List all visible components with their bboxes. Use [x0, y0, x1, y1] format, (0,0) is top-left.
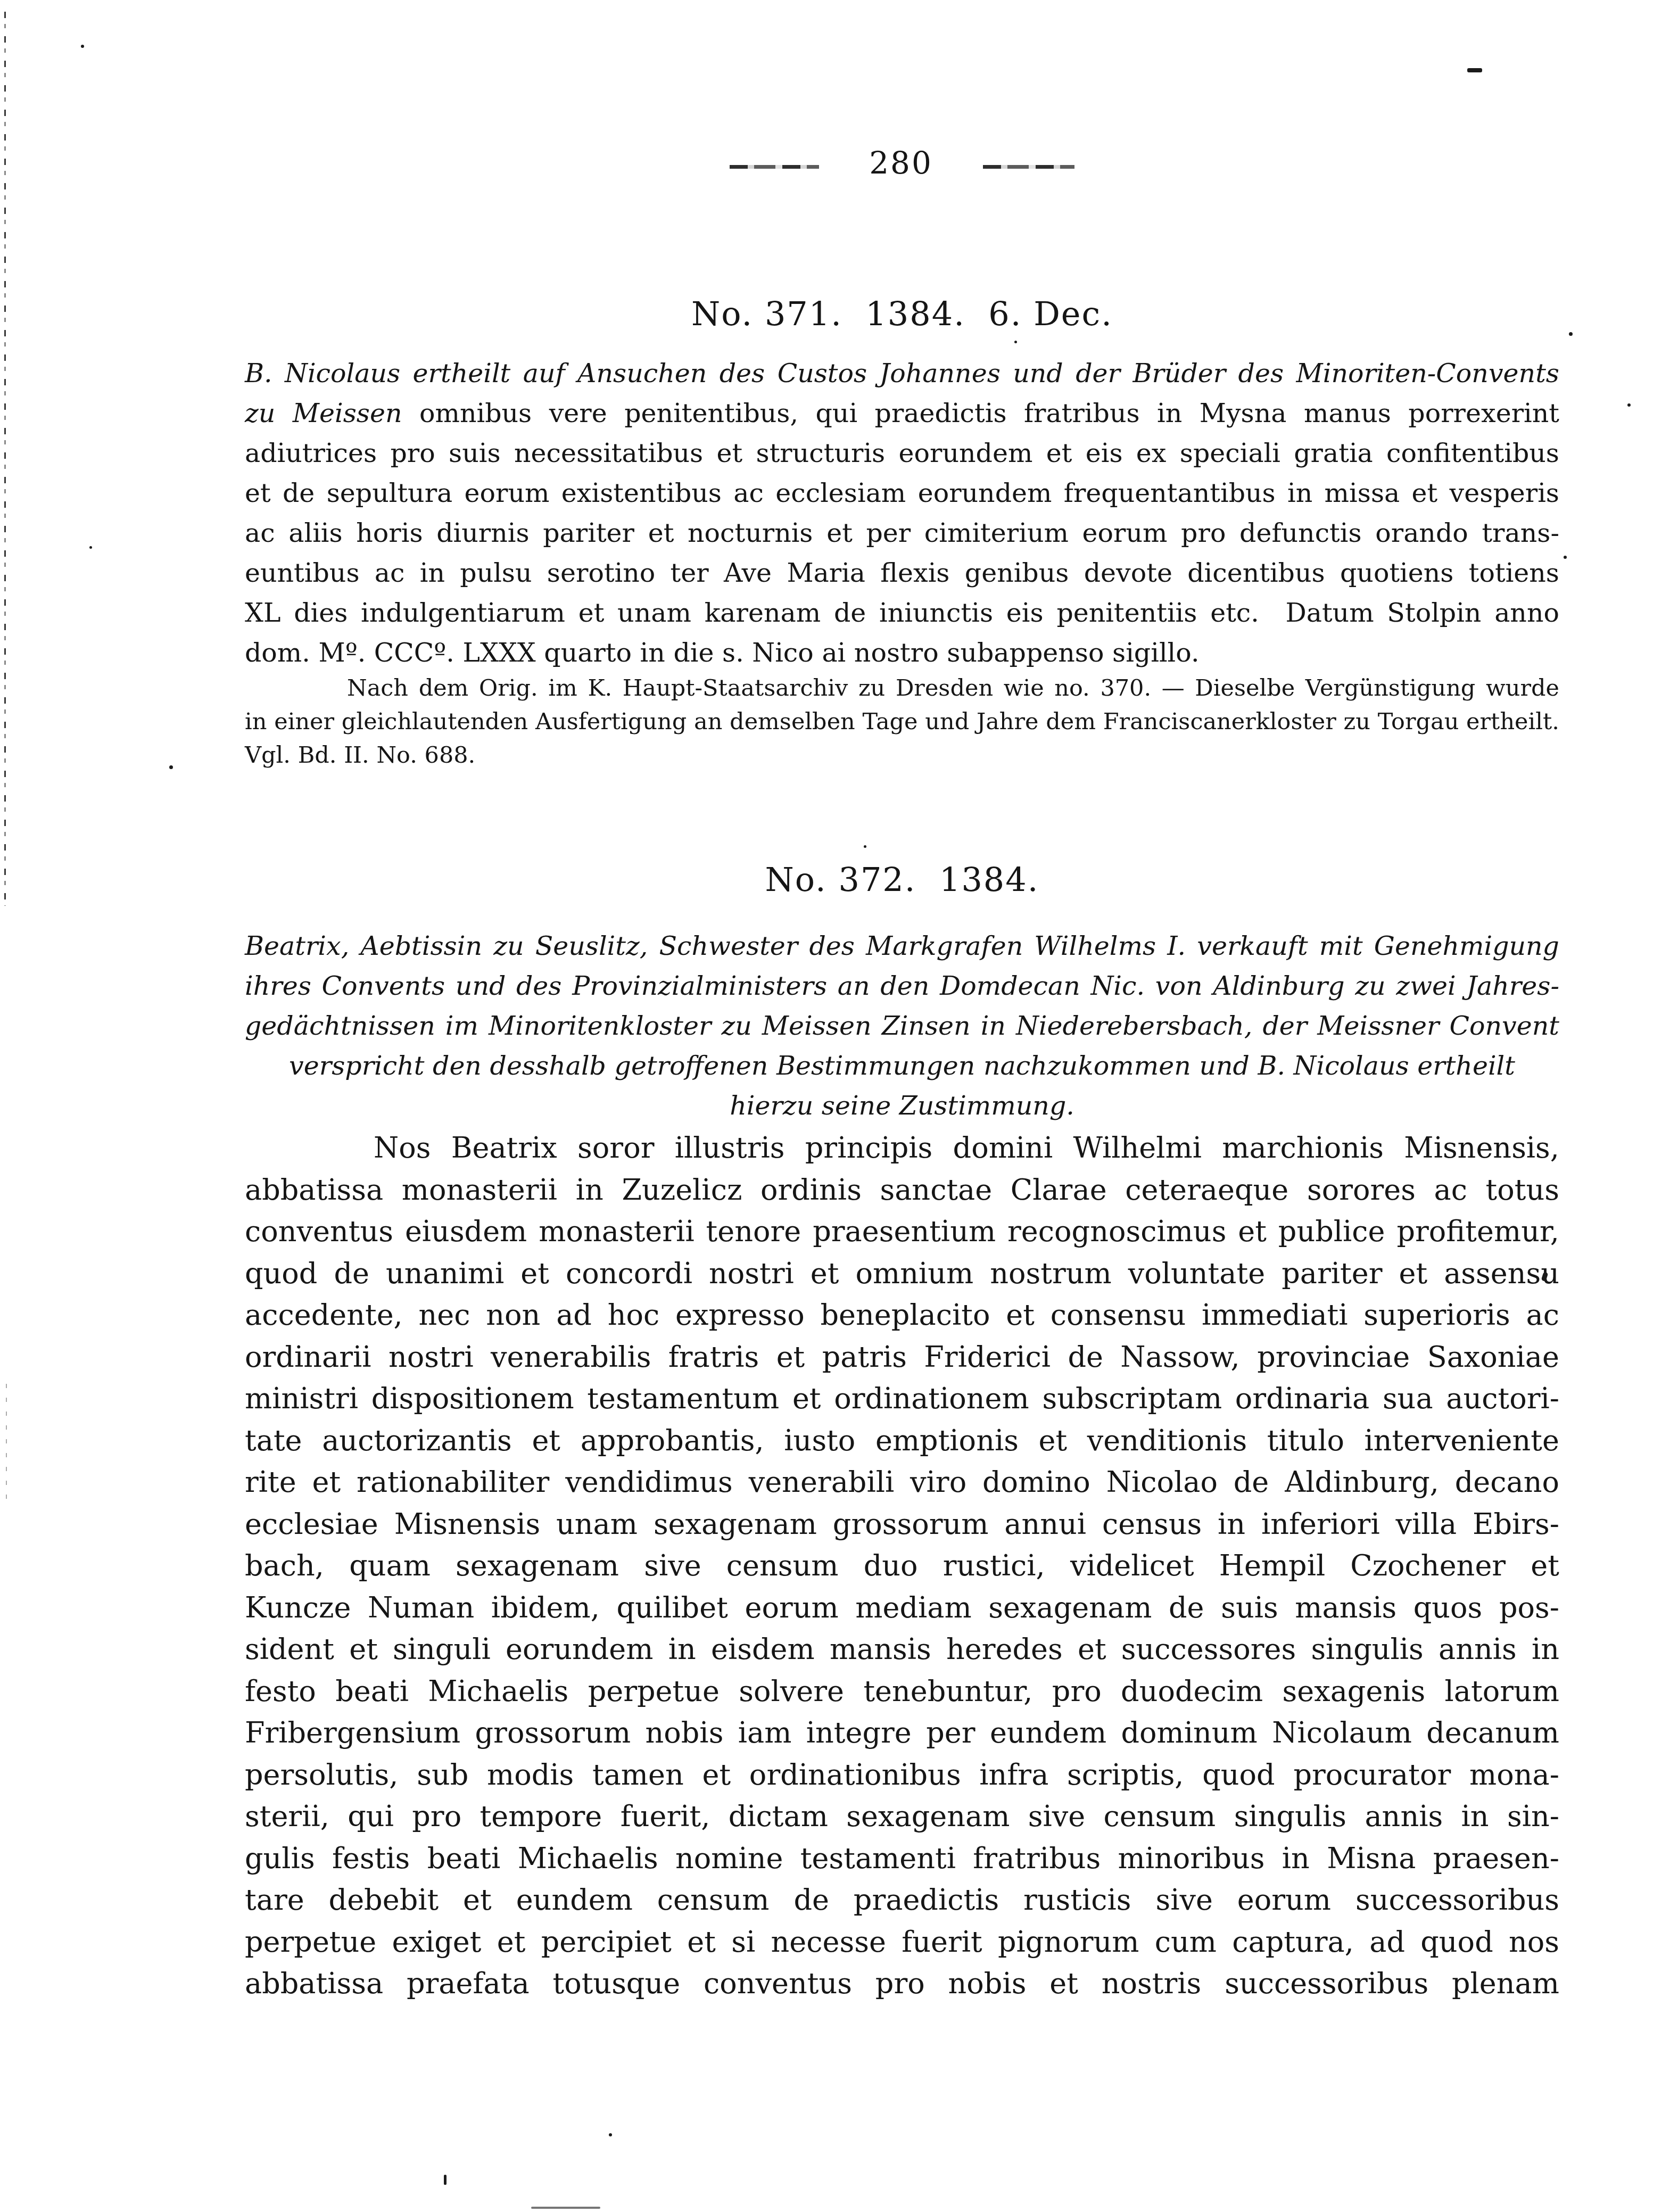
text-line: conventus eiusdem monasterii tenore prae…	[245, 1211, 1559, 1253]
text-line: B. Nicolaus ertheilt auf Ansuchen des Cu…	[245, 353, 1559, 393]
header-rule-left	[730, 165, 819, 169]
entry-371-source-note: Nach dem Orig. im K. Haupt-Staatsarchiv …	[245, 672, 1559, 772]
scan-edge-streak	[4, 12, 6, 906]
italic-segment: B. Nicolaus ertheilt auf Ansuchen des Cu…	[245, 358, 1559, 389]
text-line: sident et singuli eorundem in eisdem man…	[245, 1629, 1559, 1671]
entry-371-summary: B. Nicolaus ertheilt auf Ansuchen des Cu…	[245, 353, 1559, 673]
roman-segment: omnibus vere penitentibus, qui praedicti…	[419, 398, 1559, 428]
text-line: verspricht den desshalb getroffenen Best…	[245, 1046, 1559, 1086]
text-line: tare debebit et eundem censum de praedic…	[245, 1879, 1559, 1921]
text-line: gulis festis beati Michaelis nomine test…	[245, 1838, 1559, 1880]
text-line: ecclesiae Misnensis unam sexagenam gross…	[245, 1504, 1559, 1546]
text-line: sterii, qui pro tempore fuerit, dictam s…	[245, 1796, 1559, 1838]
scanned-book-page: 280 No. 371. 1384. 6. Dec. B. Nicolaus e…	[0, 0, 1670, 2212]
entry-372-summary: Beatrix, Aebtissin zu Seuslitz, Schweste…	[245, 926, 1559, 1126]
text-line: perpetue exiget et percipiet et si neces…	[245, 1921, 1559, 1963]
text-line: quod de unanimi et concordi nostri et om…	[245, 1253, 1559, 1295]
text-line: abbatissa praefata totusque conventus pr…	[245, 1963, 1559, 2005]
text-line: accedente, nec non ad hoc expresso benep…	[245, 1294, 1559, 1336]
text-line: ordinarii nostri venerabilis fratris et …	[245, 1336, 1559, 1379]
text-line: in einer gleichlautenden Ausfertigung an…	[245, 705, 1559, 739]
text-line: bach, quam sexagenam sive censum duo rus…	[245, 1545, 1559, 1587]
text-line: ihres Convents und des Provinzialministe…	[245, 966, 1559, 1006]
scan-speck	[609, 2133, 612, 2136]
text-line: et de sepultura eorum existentibus ac ec…	[245, 473, 1559, 513]
text-line: Kuncze Numan ibidem, quilibet eorum medi…	[245, 1587, 1559, 1629]
text-line: abbatissa monasterii in Zuzelicz ordinis…	[245, 1169, 1559, 1211]
text-line: ministri dispositionem testamentum et or…	[245, 1378, 1559, 1420]
scan-edge-streak	[6, 1384, 7, 1506]
scan-speck	[531, 2207, 600, 2209]
scan-speck	[864, 845, 866, 848]
text-line: persolutis, sub modis tamen et ordinatio…	[245, 1754, 1559, 1796]
header-rule-right	[983, 165, 1074, 169]
entry-372-charter-text: Nos Beatrix soror illustris principis do…	[245, 1127, 1559, 2005]
text-line: zu Meissen omnibus vere penitentibus, qu…	[245, 393, 1559, 433]
scan-speck	[444, 2175, 447, 2185]
text-line: Nos Beatrix soror illustris principis do…	[245, 1127, 1559, 1169]
text-line: dom. Mº. CCCº. LXXX quarto in die s. Nic…	[245, 633, 1559, 673]
text-line: tate auctorizantis et approbantis, iusto…	[245, 1420, 1559, 1462]
text-line: festo beati Michaelis perpetue solvere t…	[245, 1671, 1559, 1713]
entry-372-heading: No. 372. 1384.	[245, 861, 1559, 898]
page-header: 280	[245, 144, 1559, 182]
text-line: ac aliis horis diurnis pariter et noctur…	[245, 513, 1559, 553]
scan-speck	[1467, 68, 1482, 72]
scan-speck	[89, 546, 92, 549]
text-line: XL dies indulgentiarum et unam karenam d…	[245, 593, 1559, 633]
scan-speck	[169, 765, 173, 769]
text-line: Beatrix, Aebtissin zu Seuslitz, Schweste…	[245, 926, 1559, 966]
text-line: euntibus ac in pulsu serotino ter Ave Ma…	[245, 553, 1559, 593]
text-line: adiutrices pro suis necessitatibus et st…	[245, 433, 1559, 473]
scan-speck	[1014, 341, 1017, 343]
scan-speck	[1569, 332, 1573, 336]
text-line: rite et rationabiliter vendidimus venera…	[245, 1462, 1559, 1504]
text-line: Vgl. Bd. II. No. 688.	[245, 739, 1559, 772]
scan-speck	[1627, 403, 1631, 407]
italic-segment: zu Meissen	[245, 398, 419, 428]
scan-speck	[81, 45, 84, 48]
text-line: gedächtnissen im Minoritenkloster zu Mei…	[245, 1006, 1559, 1046]
text-line: Fribergensium grossorum nobis iam integr…	[245, 1712, 1559, 1754]
page-number: 280	[869, 145, 933, 181]
scan-speck	[1564, 556, 1567, 559]
entry-371-heading: No. 371. 1384. 6. Dec.	[245, 295, 1559, 333]
text-line: Nach dem Orig. im K. Haupt-Staatsarchiv …	[245, 672, 1559, 705]
text-line: hierzu seine Zustimmung.	[245, 1086, 1559, 1126]
